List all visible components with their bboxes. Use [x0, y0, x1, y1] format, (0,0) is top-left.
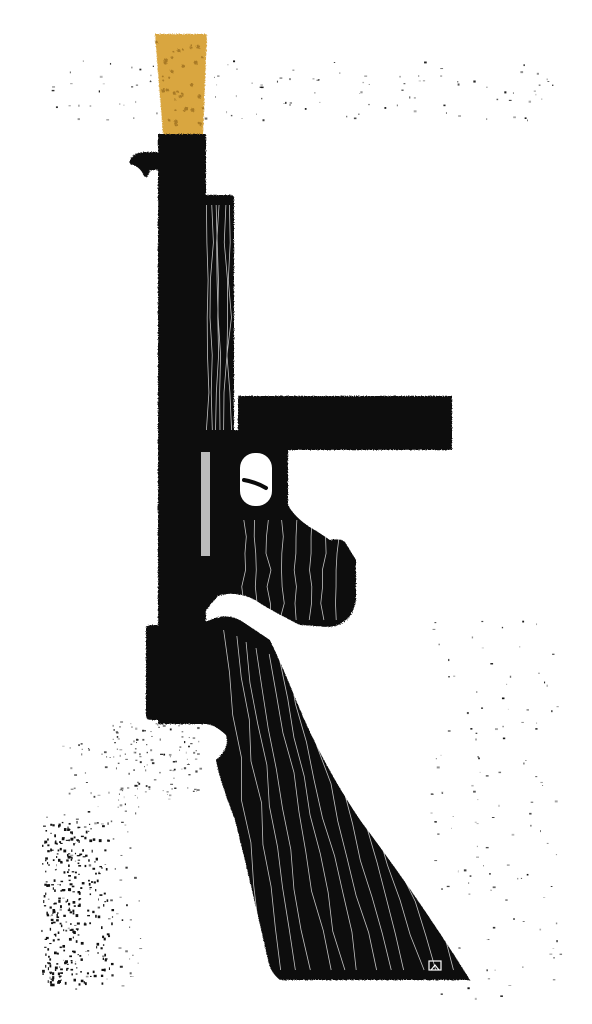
rear-block — [146, 625, 182, 720]
ejector-slot — [201, 452, 210, 556]
stock — [206, 616, 470, 980]
cork-stopper — [155, 34, 207, 134]
trigger-guard — [240, 453, 272, 506]
gun-body — [130, 134, 470, 980]
front-sight — [130, 152, 162, 177]
tommy-gun-illustration — [0, 0, 592, 1024]
